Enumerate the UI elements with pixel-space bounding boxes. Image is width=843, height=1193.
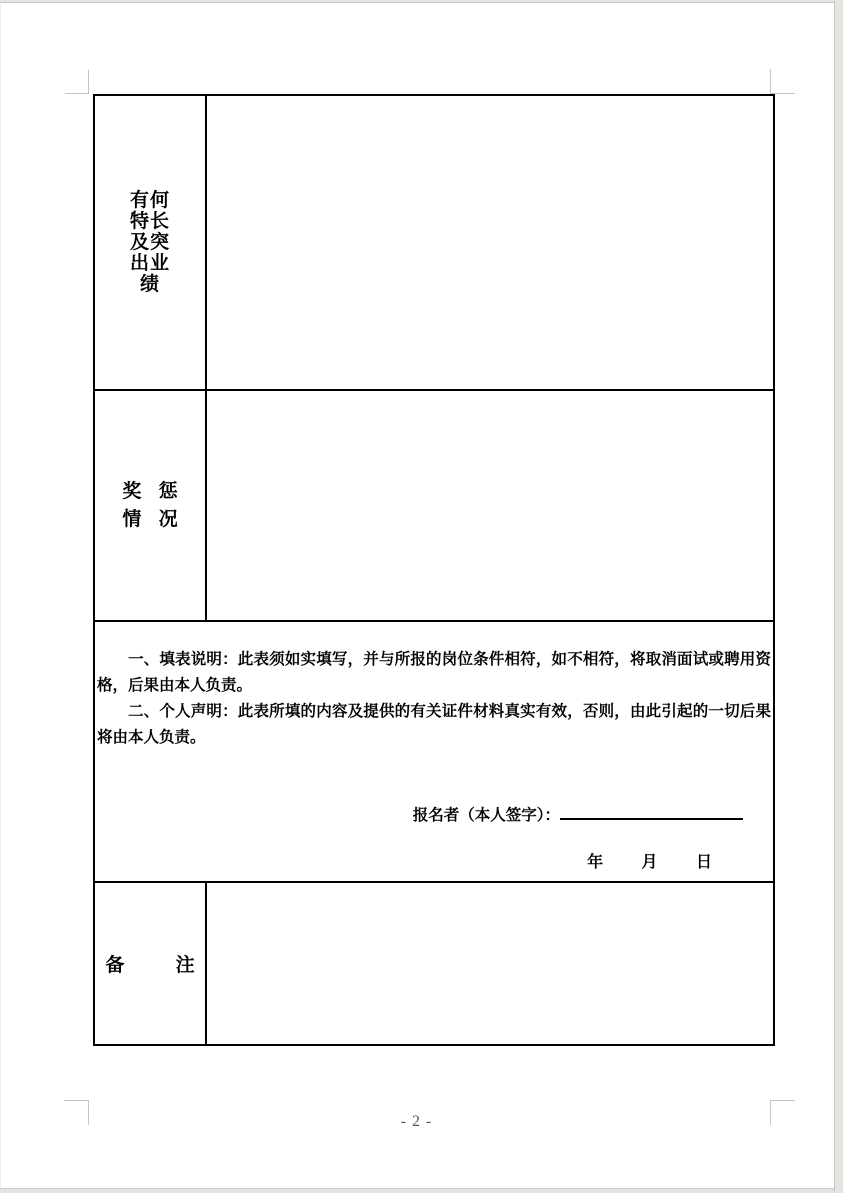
document-page-view: 有何 特长 及突 出业 绩 奖 惩 情 况 一、填表说明：此表须如实填写，并与所… xyxy=(0,0,843,1193)
label-line: 出业 xyxy=(95,253,205,274)
input-area-special-skills[interactable] xyxy=(206,95,774,390)
label-line: 及突 xyxy=(95,232,205,253)
signature-row: 报名者（本人签字）： xyxy=(97,804,771,827)
label-line: 绩 xyxy=(95,274,205,295)
workspace-gutter-bottom xyxy=(0,1188,843,1193)
page-number: - 2 - xyxy=(0,1113,833,1131)
note-paragraph-declaration: 二、个人声明：此表所填的内容及提供的有关证件材料真实有效，否则，由此引起的一切后… xyxy=(97,699,771,751)
workspace-gutter-left xyxy=(0,0,1,1193)
table-row-remarks: 备 注 xyxy=(94,882,774,1045)
signature-label: 报名者（本人签字）： xyxy=(413,807,560,824)
signature-underline[interactable] xyxy=(560,804,743,820)
note-paragraph-instructions: 一、填表说明：此表须如实填写，并与所报的岗位条件相符，如不相符，将取消面试或聘用… xyxy=(97,647,771,699)
application-form-table: 有何 特长 及突 出业 绩 奖 惩 情 况 一、填表说明：此表须如实填写，并与所… xyxy=(93,94,775,1046)
input-area-rewards-punishments[interactable] xyxy=(206,390,774,621)
workspace-gutter-top xyxy=(0,0,843,3)
table-row-notes: 一、填表说明：此表须如实填写，并与所报的岗位条件相符，如不相符，将取消面试或聘用… xyxy=(94,621,774,882)
label-line: 奖 惩 xyxy=(95,478,205,506)
table-row-rewards-punishments: 奖 惩 情 况 xyxy=(94,390,774,621)
label-line: 情 况 xyxy=(95,506,205,534)
label-line: 备 注 xyxy=(105,955,194,976)
workspace-gutter-right xyxy=(834,0,843,1193)
label-remarks: 备 注 xyxy=(94,882,206,1045)
label-special-skills: 有何 特长 及突 出业 绩 xyxy=(94,95,206,390)
notes-cell: 一、填表说明：此表须如实填写，并与所报的岗位条件相符，如不相符，将取消面试或聘用… xyxy=(94,621,774,882)
date-row: 年 月 日 xyxy=(97,849,771,872)
label-rewards-punishments: 奖 惩 情 况 xyxy=(94,390,206,621)
input-area-remarks[interactable] xyxy=(206,882,774,1045)
table-row-special-skills: 有何 特长 及突 出业 绩 xyxy=(94,95,774,390)
label-line: 有何 xyxy=(95,190,205,211)
label-line: 特长 xyxy=(95,211,205,232)
